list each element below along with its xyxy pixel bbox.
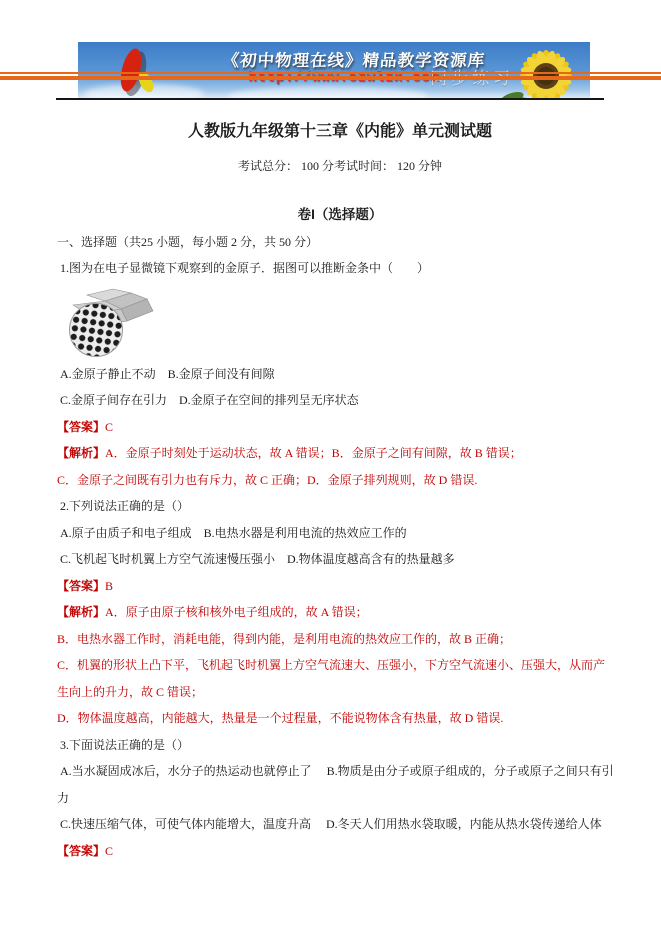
answer-line: 【答案】C [57,838,623,865]
document-page: 《初中物理在线》精品教学资源库 http://www.czwlzx.com 同步… [0,0,661,935]
analysis-line: 【解析】A．原子由原子核和核外电子组成的，故 A 错误； [57,599,623,626]
page-title: 人教版九年级第十三章《内能》单元测试题 [57,120,623,144]
analysis-line: B．电热水器工作时，消耗电能，得到内能，是利用电流的热效应工作的，故 B 正确； [57,626,623,653]
site-banner: 《初中物理在线》精品教学资源库 http://www.czwlzx.com 同步… [78,42,590,98]
answer-value: C [105,844,113,858]
analysis-text: A．原子由原子核和核外电子组成的，故 A 错误； [105,605,368,619]
question-stem: 2.下列说法正确的是（） [57,493,623,520]
options-line: A.金原子静止不动 B.金原子间没有间隙 [57,361,623,388]
sunflower-icon [486,42,590,98]
question-stem: 3.下面说法正确的是（） [57,732,623,759]
analysis-text: A．金原子时刻处于运动状态，故 A 错误；B．金原子之间有间隙，故 B 错误； [105,446,522,460]
question-block-2: 2.下列说法正确的是（） A.原子由质子和电子组成 B.电热水器是利用电流的热效… [57,493,623,732]
answer-value: B [105,579,113,593]
orange-rule-thick [0,76,661,80]
options-line: C.快速压缩气体，可使气体内能增大，温度升高 D.冬天人们用热水袋取暖，内能从热… [57,811,623,838]
section-title: 卷I（选择题） [57,202,623,229]
answer-label: 【答案】 [57,420,105,434]
options-line: C.金原子间存在引力 D.金原子在空间的排列呈无序状态 [57,387,623,414]
answer-label: 【答案】 [57,579,105,593]
exam-info: 考试总分： 100 分考试时间： 120 分钟 [57,158,623,174]
analysis-line: D．物体温度越高，内能越大，热量是一个过程量，不能说物体含有热量，故 D 错误. [57,705,623,732]
question-block-1: 1.图为在电子显微镜下观察到的金原子．据图可以推断金条中（ ） [57,255,623,493]
document-content: 人教版九年级第十三章《内能》单元测试题 考试总分： 100 分考试时间： 120… [0,100,661,864]
answer-label: 【答案】 [57,844,105,858]
options-line: 力 [57,785,623,812]
question-block-3: 3.下面说法正确的是（） A.当水凝固成冰后，水分子的热运动也就停止了 B.物质… [57,732,623,865]
analysis-line: C．金原子之间既有引力也有斥力，故 C 正确；D．金原子排列规则，故 D 错误. [57,467,623,494]
analysis-label: 【解析】 [57,605,105,619]
options-line: A.原子由质子和电子组成 B.电热水器是利用电流的热效应工作的 [57,520,623,547]
section-instructions: 一、选择题（共25 小题，每小题 2 分，共 50 分） [57,229,623,256]
question-stem: 1.图为在电子显微镜下观察到的金原子．据图可以推断金条中（ ） [57,255,623,282]
answer-line: 【答案】C [57,414,623,441]
options-line: C.飞机起飞时机翼上方空气流速慢压强小 D.物体温度越高含有的热量越多 [57,546,623,573]
answer-value: C [105,420,113,434]
cloud-decoration [228,86,428,98]
gold-atoms-figure [59,287,161,357]
answer-line: 【答案】B [57,573,623,600]
orange-rule-thin [0,72,661,74]
site-logo-icon [104,42,164,98]
analysis-line: 生向上的升力，故 C 错误； [57,679,623,706]
analysis-line: 【解析】A．金原子时刻处于运动状态，故 A 错误；B．金原子之间有间隙，故 B … [57,440,623,467]
gold-atoms-image [59,287,161,357]
options-line: A.当水凝固成冰后，水分子的热运动也就停止了 B.物质是由分子或原子组成的，分子… [57,758,623,785]
analysis-label: 【解析】 [57,446,105,460]
analysis-line: C．机翼的形状上凸下平，飞机起飞时机翼上方空气流速大、压强小，下方空气流速小、压… [57,652,623,679]
